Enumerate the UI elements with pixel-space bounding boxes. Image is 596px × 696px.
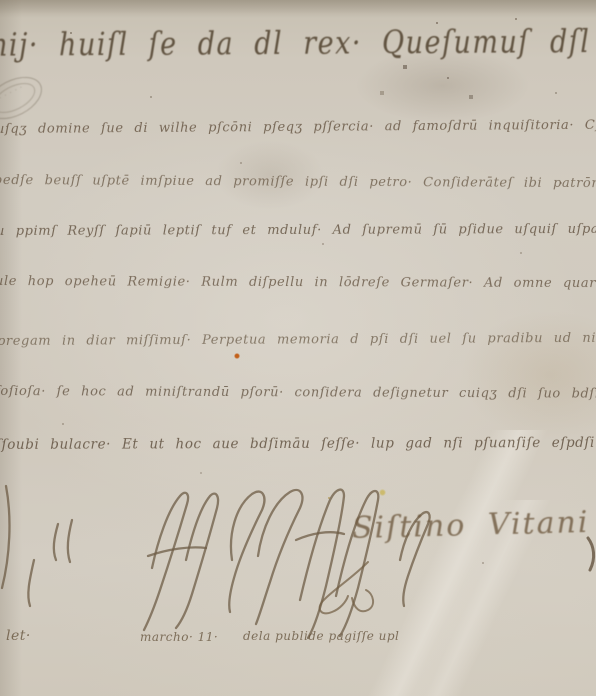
text-line-5: pregam in diar miſſimuſ· Perpetua memori… [0, 330, 596, 349]
right-edge-cropped-stroke [588, 538, 594, 570]
manuscript-photo: · · · · · nij· huiſl ſe da dl rex· Queſu… [0, 0, 596, 696]
text-line-7: ſſoubi bulacre· Et ut hoc aue bdſimāu ſe… [0, 434, 596, 453]
footer-note-center: marcho· 11· [140, 630, 218, 644]
stain-top-band [0, 0, 596, 18]
footer-note-left: let· [6, 628, 31, 644]
archive-stamp: · · · · · [0, 68, 49, 127]
text-line-3: u ppimſ Reyſſ ſapiū leptiſ tuf et mduluf… [0, 221, 596, 239]
left-signature-strokes [2, 486, 430, 638]
crease-diagonal-1 [330, 430, 596, 696]
stain-right-mid [460, 310, 596, 440]
text-line-1: uſqʒ domine ſue di wilhe pſcōni pſeqʒ pſ… [0, 117, 596, 137]
yellow-wax-speck [379, 489, 386, 496]
text-line-4: ule hop opeheū Remigie· Rulm diſpellu in… [0, 274, 596, 292]
footer-note-right: dela publide pagiſſe upl [243, 629, 399, 643]
text-line-2: bedſe beuſſ uſptē imſpiue ad promiſſe ip… [0, 173, 596, 192]
ink-speckles [0, 0, 2, 2]
orange-ink-dot [234, 353, 240, 359]
right-signature-text: Siſtino Vitani [352, 505, 590, 546]
charter-display-line: nij· huiſl ſe da dl rex· Queſumuſ dſl ſt… [0, 19, 596, 64]
text-line-6: foſioſa· ſe hoc ad miniſtrandū pſorū· co… [0, 384, 596, 402]
right-signature-descender-flourish [320, 562, 373, 613]
